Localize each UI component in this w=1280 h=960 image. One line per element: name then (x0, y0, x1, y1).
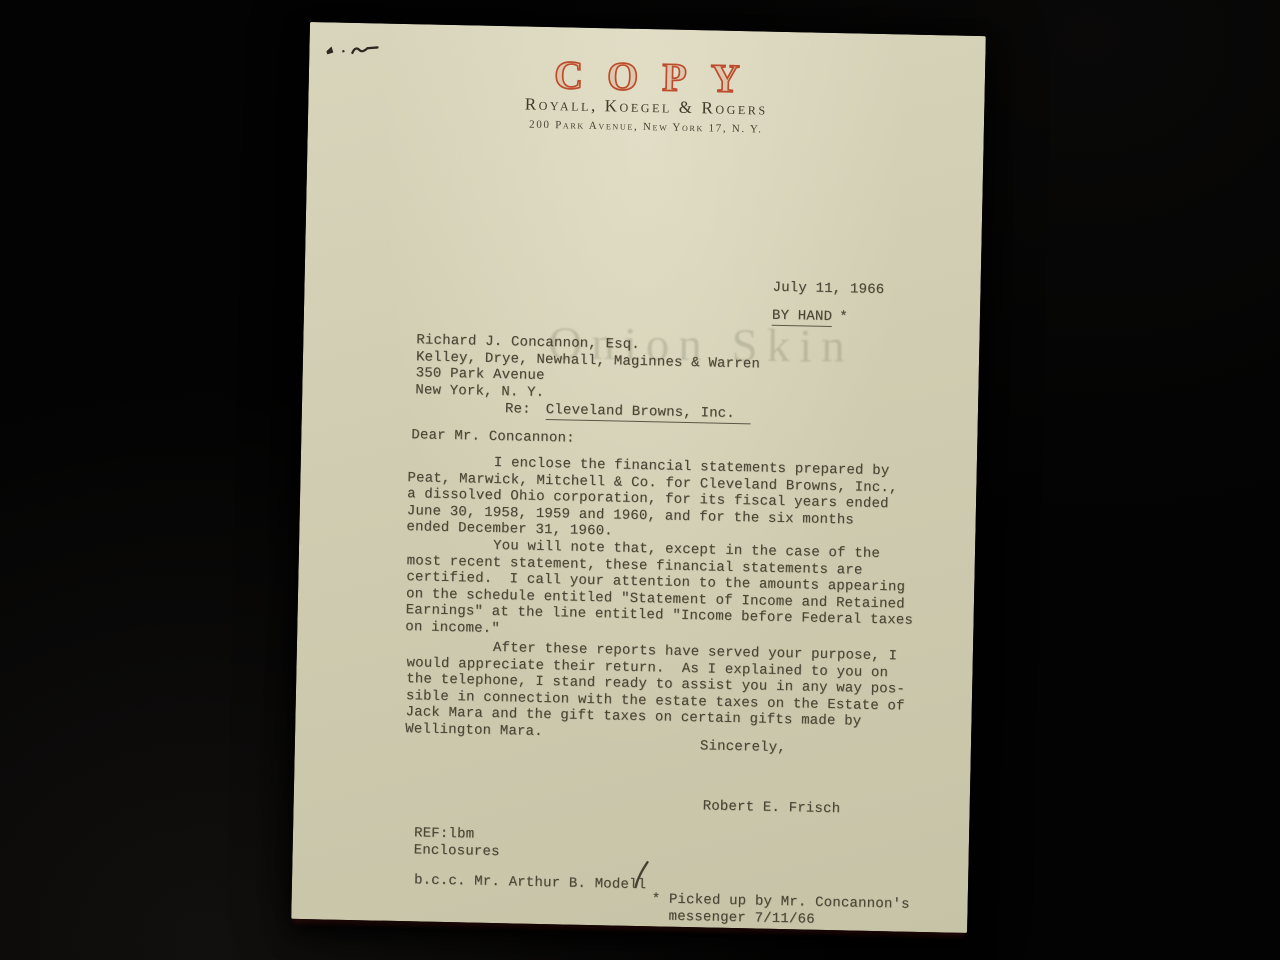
bcc-line: b.c.c. Mr. Arthur B. Modell (414, 872, 647, 893)
body-paragraph-2: You will note that, except in the case o… (405, 536, 914, 646)
reference-block: REF:lbm Enclosures (414, 825, 501, 860)
by-hand-asterisk: * (839, 309, 848, 325)
recipient-address: Richard J. Concannon, Esq. Kelley, Drye,… (415, 332, 760, 405)
by-hand-label: BY HAND (772, 308, 833, 327)
letter-paper: Onion Skin COPY Royall, Koegel & Rogers … (291, 22, 986, 933)
photo-background: Onion Skin COPY Royall, Koegel & Rogers … (0, 0, 1280, 960)
salutation: Dear Mr. Concannon: (411, 427, 575, 447)
signer-name: Robert E. Frisch (702, 798, 840, 817)
body-paragraph-1: I enclose the financial statements prepa… (406, 453, 898, 546)
re-subject: Cleveland Browns, Inc. (546, 402, 752, 424)
re-label: Re: (505, 401, 531, 418)
footnote: * Picked up by Mr. Concannon's messenger… (651, 891, 910, 929)
letter-date: July 11, 1966 (772, 280, 884, 299)
closing: Sincerely, (700, 738, 786, 756)
body-paragraph-3: After these reports have served your pur… (405, 638, 906, 747)
handwritten-checkmark-icon (633, 860, 652, 888)
delivery-method: BY HAND* (772, 308, 848, 326)
